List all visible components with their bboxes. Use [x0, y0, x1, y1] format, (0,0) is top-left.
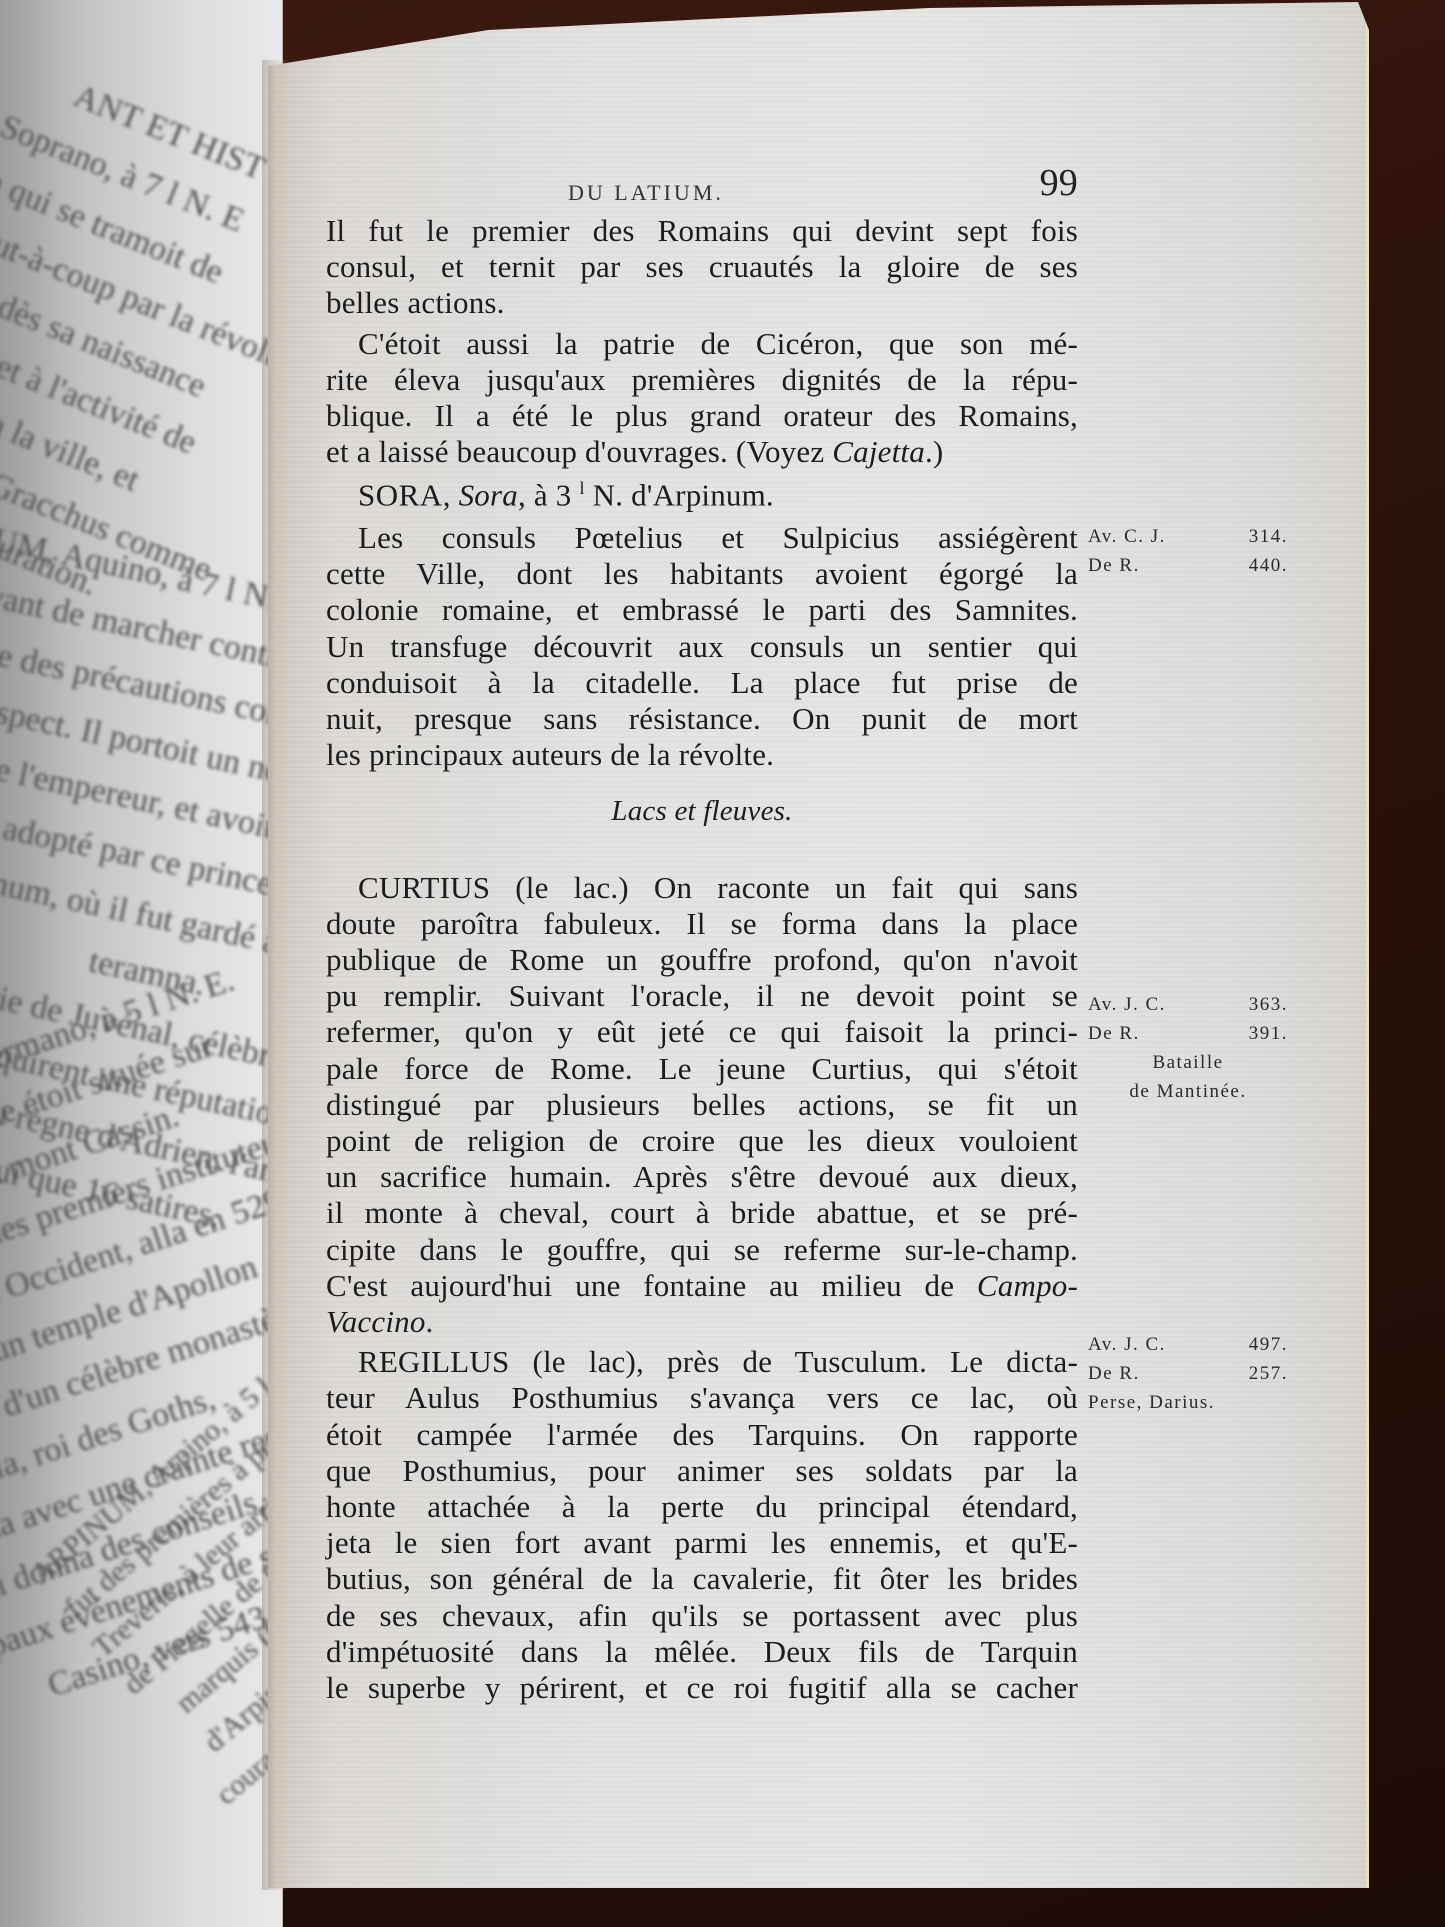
text-fragment: .: [426, 1304, 434, 1339]
text-line: Un transfuge découvrit aux consuls un se…: [326, 629, 1078, 665]
right-page-text: DU LATIUM. 99 Il fut le premier des Roma…: [326, 165, 1078, 1706]
event-note: Perse, Darius.: [1088, 1388, 1288, 1417]
entry-title: SORA: [358, 478, 443, 513]
running-head-title: DU LATIUM.: [568, 175, 724, 211]
section-heading: Lacs et fleuves.: [326, 793, 1078, 829]
margin-row: Av. C. J.314.: [1088, 522, 1288, 551]
margin-row: De R.257.: [1088, 1359, 1288, 1388]
paragraph-sora-siege: Les consuls Pœtelius et Sulpicius assiég…: [326, 520, 1078, 773]
text-line: un sacrifice humain. Après s'être devoué…: [326, 1159, 1078, 1195]
text-line: pu remplir. Suivant l'oracle, il ne devo…: [326, 978, 1078, 1014]
running-head: DU LATIUM. 99: [326, 165, 1078, 213]
era-label: Av. C. J.: [1088, 522, 1166, 551]
text-line: de ses chevaux, afin qu'ils se portassen…: [326, 1598, 1078, 1634]
text-line: cipite dans le gouffre, qui se referme s…: [326, 1232, 1078, 1268]
paragraph-marius: Il fut le premier des Romains qui devint…: [326, 213, 1078, 322]
book-gutter: [262, 60, 288, 1890]
margin-note-sora: Av. C. J.314. De R.440.: [1088, 522, 1288, 580]
text-line: rite éleva jusqu'aux premières dignités …: [326, 362, 1078, 398]
text-fragment: , à 3: [518, 478, 579, 513]
year: 363.: [1249, 990, 1288, 1019]
text-line: le superbe y périrent, et ce roi fugitif…: [326, 1670, 1078, 1706]
text-line: REGILLUS (le lac), près de Tusculum. Le …: [326, 1344, 1078, 1380]
era-label: Av. J. C.: [1088, 1330, 1166, 1359]
text-line: jeta le sien fort avant parmi les ennemi…: [326, 1525, 1078, 1561]
text-line: il monte à cheval, court à bride abattue…: [326, 1195, 1078, 1231]
era-label: Av. J. C.: [1088, 990, 1166, 1019]
text-line: honte attachée à la perte du principal é…: [326, 1489, 1078, 1525]
text-line: cette Ville, dont les habitants avoient …: [326, 556, 1078, 592]
text-line: d'impétuosité dans la mêlée. Deux fils d…: [326, 1634, 1078, 1670]
year: 440.: [1249, 551, 1288, 580]
margin-row: Av. J. C.497.: [1088, 1330, 1288, 1359]
margin-row: Av. J. C.363.: [1088, 990, 1288, 1019]
modern-name: Sora: [459, 478, 518, 513]
text-line: consul, et ternit par ses cruautés la gl…: [326, 249, 1078, 285]
text-line: CURTIUS (le lac.) On raconte un fait qui…: [326, 870, 1078, 906]
text-line: teur Aulus Posthumius s'avança vers ce l…: [326, 1380, 1078, 1416]
text-line: blique. Il a été le plus grand orateur d…: [326, 398, 1078, 434]
text-fragment: .): [925, 434, 943, 469]
text-line: publique de Rome un gouffre profond, qu'…: [326, 942, 1078, 978]
year: 391.: [1249, 1019, 1288, 1048]
cross-reference: Cajetta: [832, 434, 925, 469]
entry-curtius: CURTIUS (le lac.) On raconte un fait qui…: [326, 870, 1078, 1341]
place-name: Campo-: [977, 1268, 1078, 1303]
text-line: C'est aujourd'hui une fontaine au milieu…: [326, 1268, 1078, 1304]
place-name: Vaccino: [326, 1304, 426, 1339]
text-line: conduisoit à la citadelle. La place fut …: [326, 665, 1078, 701]
text-line: Vaccino.: [326, 1304, 1078, 1340]
text-line: que Posthumius, pour animer ses soldats …: [326, 1453, 1078, 1489]
text-line: colonie romaine, et embrassé le parti de…: [326, 592, 1078, 628]
text-line: butius, son général de la cavalerie, fit…: [326, 1561, 1078, 1597]
paragraph-ciceron: C'étoit aussi la patrie de Cicéron, que …: [326, 326, 1078, 471]
text-line: Il fut le premier des Romains qui devint…: [326, 213, 1078, 249]
text-fragment: et a laissé beaucoup d'ouvrages. (Voyez: [326, 434, 832, 469]
text-fragment: N. d'Arpinum.: [585, 478, 774, 513]
text-line: Les consuls Pœtelius et Sulpicius assiég…: [326, 520, 1078, 556]
entry-sora: SORA, Sora, à 3 l N. d'Arpinum.: [326, 470, 1078, 514]
text-line: nuit, presque sans résistance. On punit …: [326, 701, 1078, 737]
text-line: belles actions.: [326, 285, 1078, 321]
text-line: les principaux auteurs de la révolte.: [326, 737, 1078, 773]
margin-row: De R.391.: [1088, 1019, 1288, 1048]
year: 497.: [1249, 1330, 1288, 1359]
text-line: doute paroîtra fabuleux. Il se forma dan…: [326, 906, 1078, 942]
era-label: De R.: [1088, 1019, 1140, 1048]
margin-note-curtius: Av. J. C.363. De R.391. Bataille de Mant…: [1088, 990, 1288, 1106]
year: 314.: [1249, 522, 1288, 551]
text-fragment: C'est aujourd'hui une fontaine au milieu…: [326, 1268, 977, 1303]
text-line: étoit campée l'armée des Tarquins. On ra…: [326, 1417, 1078, 1453]
text-line: point de religion de croire que les dieu…: [326, 1123, 1078, 1159]
event-note: de Mantinée.: [1088, 1077, 1288, 1106]
margin-note-regillus: Av. J. C.497. De R.257. Perse, Darius.: [1088, 1330, 1288, 1417]
era-label: De R.: [1088, 551, 1140, 580]
text-line: distingué par plusieurs belles actions, …: [326, 1087, 1078, 1123]
text-line: et a laissé beaucoup d'ouvrages. (Voyez …: [326, 434, 1078, 470]
year: 257.: [1249, 1359, 1288, 1388]
page-number: 99: [1040, 165, 1078, 201]
text-line: pale force de Rome. Le jeune Curtius, qu…: [326, 1051, 1078, 1087]
margin-row: De R.440.: [1088, 551, 1288, 580]
era-label: De R.: [1088, 1359, 1140, 1388]
event-note: Bataille: [1088, 1048, 1288, 1077]
text-line: C'étoit aussi la patrie de Cicéron, que …: [326, 326, 1078, 362]
entry-regillus: REGILLUS (le lac), près de Tusculum. Le …: [326, 1344, 1078, 1706]
left-page: ANT ET HIST Soprano, à 7 l N. E fection …: [0, 0, 283, 1927]
text-line: refermer, qu'on y eût jeté ce qui faisoi…: [326, 1014, 1078, 1050]
